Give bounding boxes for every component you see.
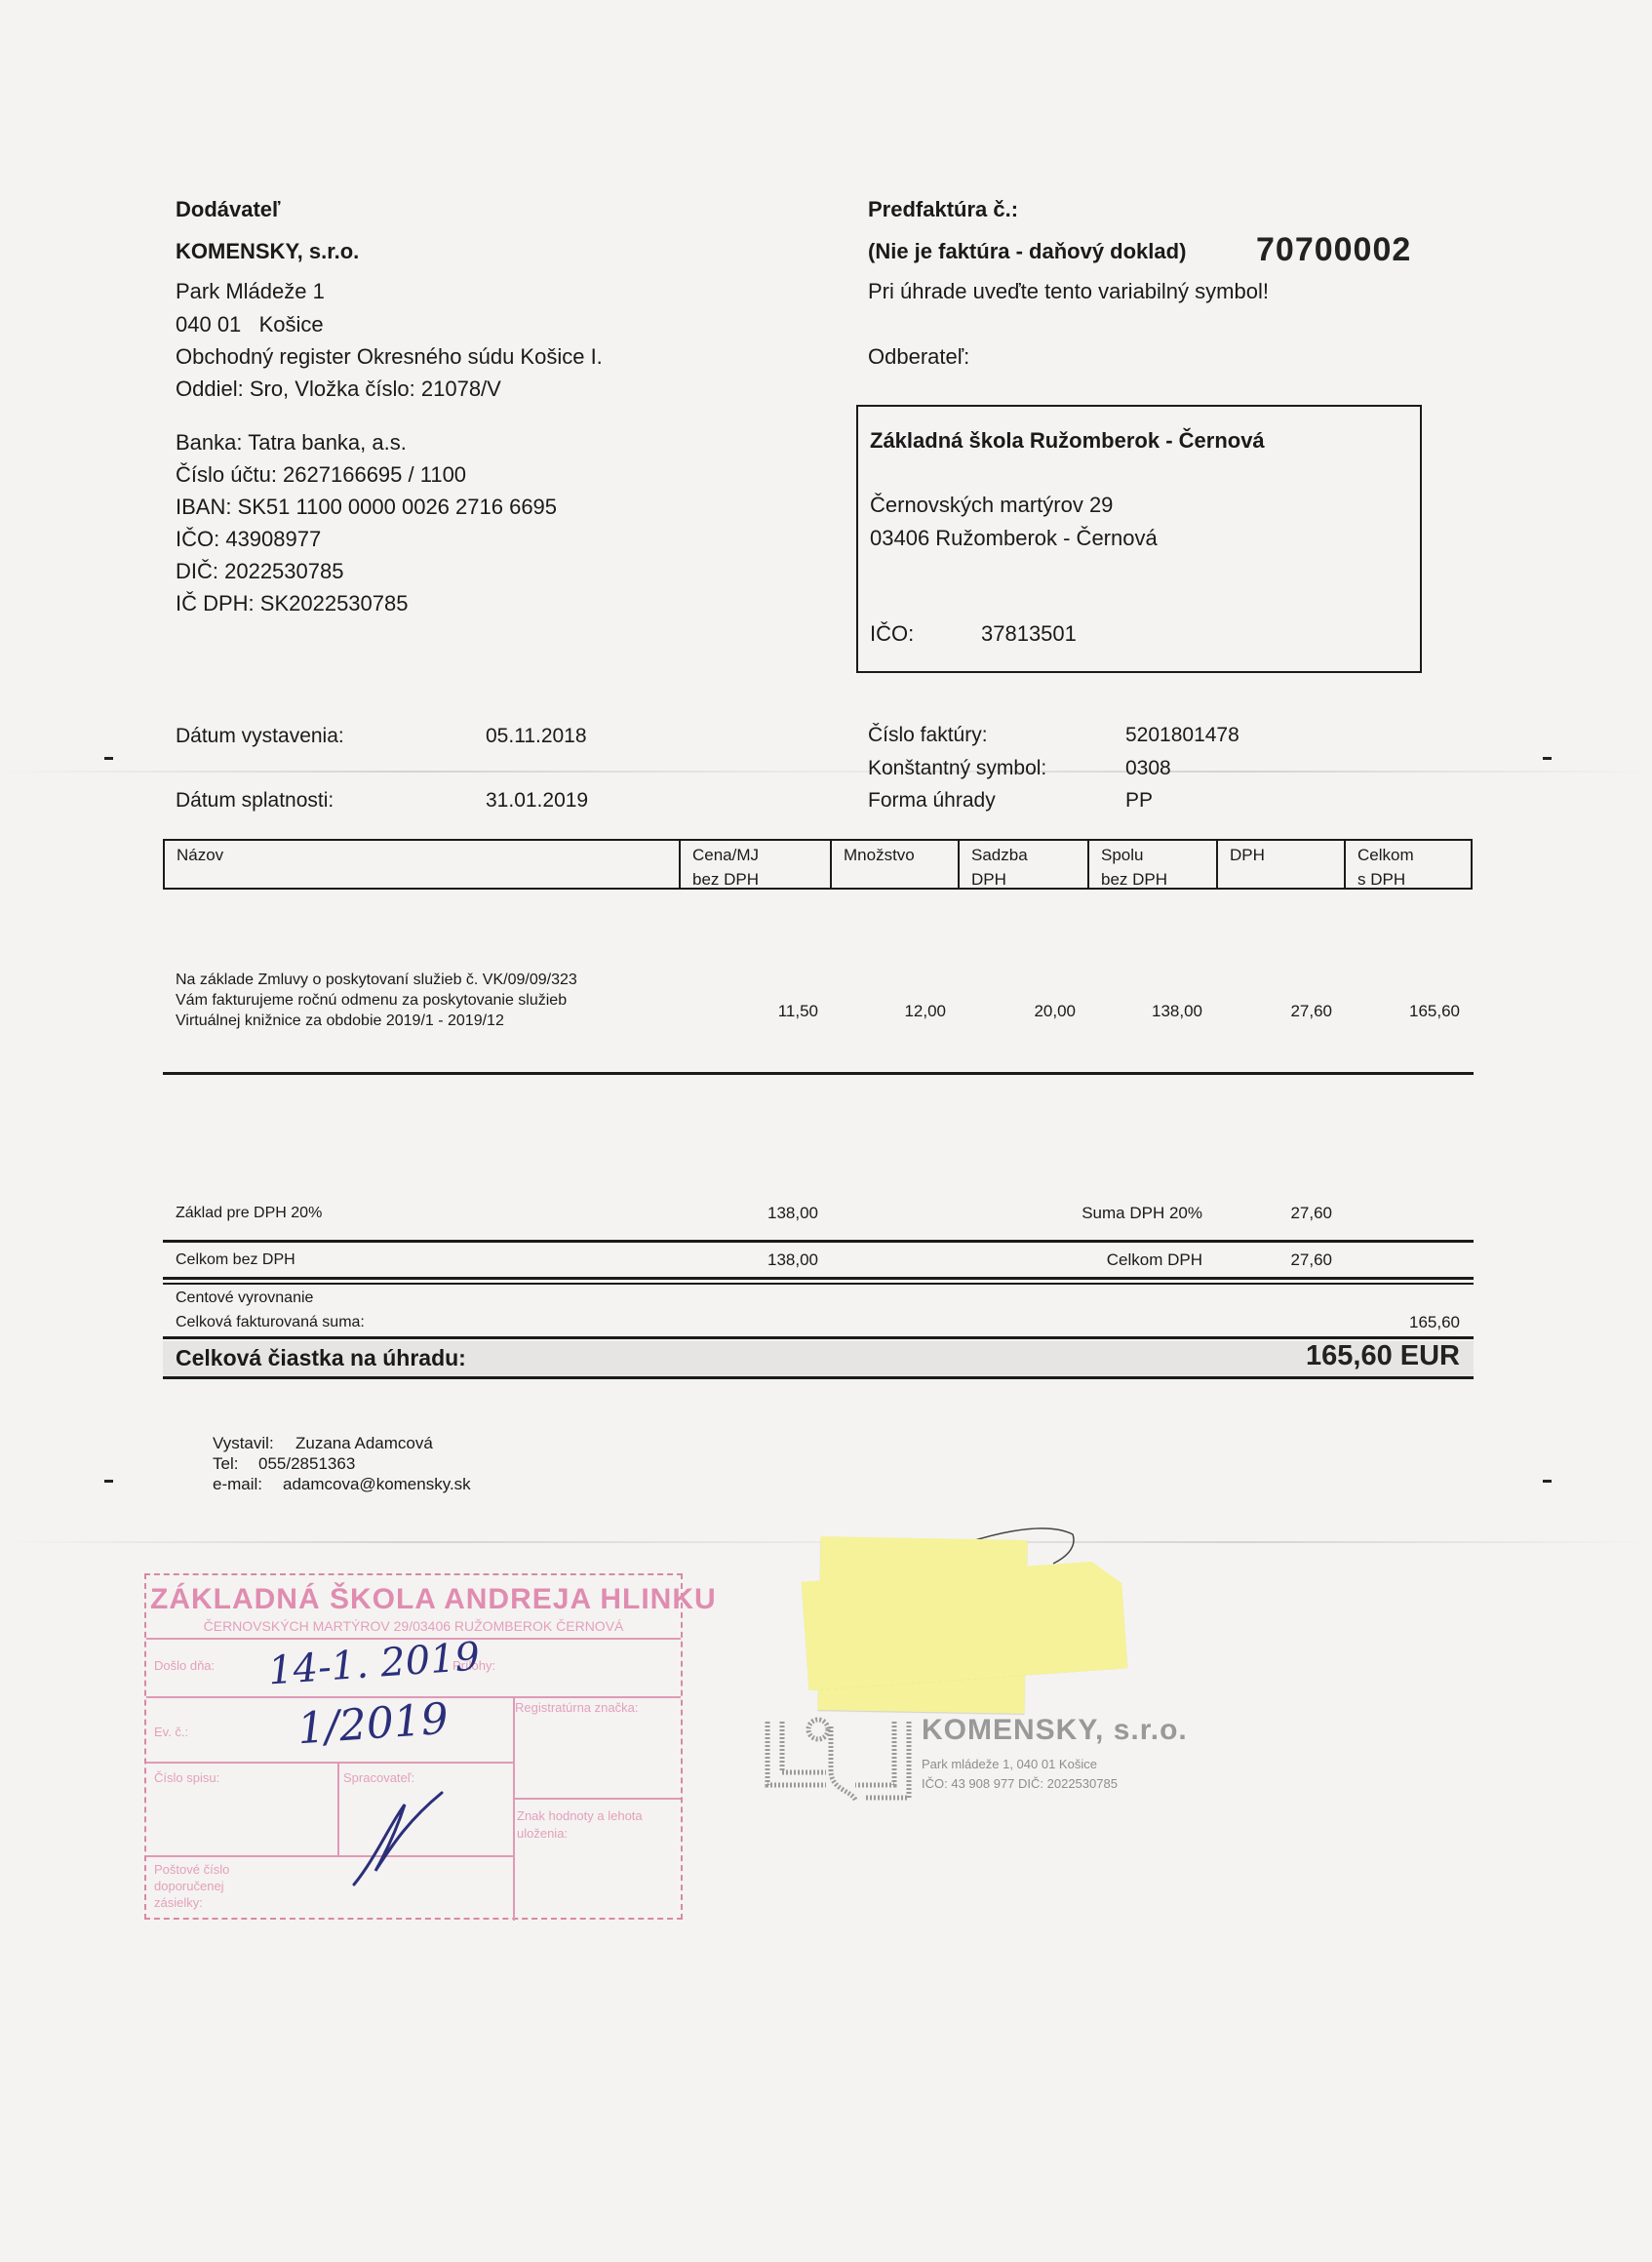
supplier-name: KOMENSKY, s.r.o. [176, 239, 359, 264]
vat-base-label: Základ pre DPH 20% [176, 1204, 322, 1222]
payment-form-label: Forma úhrady [868, 788, 996, 813]
company-stamp-name: KOMENSKY, s.r.o. [922, 1714, 1188, 1747]
total-payable-value: 165,60 EUR [1306, 1339, 1460, 1372]
stamp-retention-label: Znak hodnoty a lehota uloženia: [517, 1807, 673, 1843]
item-description-line: Virtuálnej knižnice za obdobie 2019/1 - … [176, 1012, 504, 1030]
stamp-received-label: Došlo dňa: [154, 1658, 215, 1673]
supplier-iban: IBAN: SK51 1100 0000 0026 2716 6695 [176, 495, 557, 520]
payment-form-value: PP [1125, 788, 1153, 813]
items-table-header: Názov Cena/MJbez DPH Množstvo SadzbaDPH … [163, 839, 1473, 890]
total-vat-label: Celkom DPH [1107, 1250, 1202, 1270]
customer-box: Základná škola Ružomberok - Černová Čern… [856, 405, 1422, 673]
stamp-title: ZÁKLADNÁ ŠKOLA ANDREJA HLINKU [150, 1583, 677, 1616]
summary-rule [163, 1240, 1474, 1243]
supplier-account: Číslo účtu: 2627166695 / 1100 [176, 462, 466, 488]
stamp-mail-label: Poštové číslo [154, 1862, 229, 1877]
item-description-line: Vám fakturujeme ročnú odmenu za poskytov… [176, 991, 567, 1010]
col-unit-price: Cena/MJbez DPH [679, 841, 830, 888]
item-unit-price: 11,50 [778, 1002, 818, 1021]
issued-by-label: Vystavil: [213, 1434, 274, 1453]
vat-sum-label: Suma DPH 20% [1082, 1204, 1202, 1223]
item-vat-rate: 20,00 [1034, 1002, 1076, 1021]
company-logo-icon [758, 1712, 919, 1805]
customer-heading: Odberateľ: [868, 344, 969, 370]
tel-label: Tel: [213, 1454, 238, 1474]
company-stamp: KOMENSKY, s.r.o. Park mládeže 1, 040 01 … [758, 1712, 1148, 1819]
fold-mark [104, 1480, 113, 1483]
supplier-bank: Banka: Tatra banka, a.s. [176, 430, 407, 456]
invoice-number-label: Číslo faktúry: [868, 723, 988, 747]
customer-street: Černovských martýrov 29 [870, 493, 1113, 518]
email-label: e-mail: [213, 1475, 262, 1494]
email-value: adamcova@komensky.sk [283, 1475, 471, 1494]
paper-fold [0, 771, 1652, 773]
issue-date-value: 05.11.2018 [486, 724, 587, 748]
supplier-city: 040 01 Košice [176, 312, 324, 337]
fold-mark [1543, 1480, 1552, 1483]
stamp-mail-label: zásielky: [154, 1895, 203, 1910]
summary-double-rule [163, 1283, 1474, 1285]
proforma-heading: Predfaktúra č.: [868, 197, 1018, 222]
item-description-line: Na základe Zmluvy o poskytovaní služieb … [176, 971, 577, 989]
issue-date-label: Dátum vystavenia: [176, 724, 344, 748]
col-vat-rate: SadzbaDPH [958, 841, 1087, 888]
item-vat: 27,60 [1290, 1002, 1332, 1021]
col-vat: DPH [1216, 841, 1344, 888]
signature-icon [346, 1785, 453, 1892]
due-date-value: 31.01.2019 [486, 788, 588, 813]
fold-mark [1543, 757, 1552, 760]
stamp-subtitle: ČERNOVSKÝCH MARTÝROV 29/03406 RUŽOMBEROK… [150, 1618, 677, 1634]
invoiced-sum-value: 165,60 [1409, 1313, 1460, 1332]
supplier-ico: IČO: 43908977 [176, 527, 321, 552]
stamp-registry-label: Registratúrna značka: [515, 1700, 638, 1715]
customer-ico-label: IČO: [870, 621, 914, 647]
summary-double-rule [163, 1277, 1474, 1280]
vat-base-value: 138,00 [767, 1204, 818, 1223]
customer-ico-value: 37813501 [981, 621, 1077, 647]
col-name: Názov [165, 841, 679, 888]
supplier-street: Park Mládeže 1 [176, 279, 325, 304]
proforma-note: (Nie je faktúra - daňový doklad) [868, 239, 1186, 264]
invoiced-sum-label: Celková fakturovaná suma: [176, 1313, 365, 1331]
col-total-incl-vat: Celkoms DPH [1344, 841, 1471, 888]
summary-rule [163, 1376, 1474, 1379]
customer-city: 03406 Ružomberok - Černová [870, 526, 1158, 551]
issued-by-value: Zuzana Adamcová [295, 1434, 433, 1453]
item-quantity: 12,00 [904, 1002, 946, 1021]
vat-sum-value: 27,60 [1290, 1204, 1332, 1223]
fold-mark [104, 757, 113, 760]
stamp-file-label: Číslo spisu: [154, 1770, 219, 1785]
payment-instruction: Pri úhrade uveďte tento variabilný symbo… [868, 279, 1269, 304]
table-bottom-rule [163, 1072, 1474, 1075]
customer-name: Základná škola Ružomberok - Černová [870, 428, 1265, 454]
item-total-excl-vat: 138,00 [1152, 1002, 1202, 1021]
company-stamp-ids: IČO: 43 908 977 DIČ: 2022530785 [922, 1776, 1118, 1791]
variable-symbol: 70700002 [1256, 230, 1411, 269]
summary-rule [163, 1336, 1474, 1339]
total-excl-vat-label: Celkom bez DPH [176, 1250, 295, 1269]
tel-value: 055/2851363 [258, 1454, 355, 1474]
rounding-label: Centové vyrovnanie [176, 1289, 313, 1307]
item-total-incl-vat: 165,60 [1409, 1002, 1460, 1021]
col-quantity: Množstvo [830, 841, 958, 888]
supplier-dic: DIČ: 2022530785 [176, 559, 343, 584]
handwritten-reg-number: 1/2019 [295, 1694, 450, 1755]
constant-symbol-value: 0308 [1125, 756, 1171, 780]
supplier-ic-dph: IČ DPH: SK2022530785 [176, 591, 409, 616]
sticky-note [801, 1560, 1127, 1691]
stamp-reg-label: Ev. č.: [154, 1725, 188, 1739]
constant-symbol-label: Konštantný symbol: [868, 756, 1046, 780]
total-vat-value: 27,60 [1290, 1250, 1332, 1270]
supplier-section: Oddiel: Sro, Vložka číslo: 21078/V [176, 377, 501, 402]
col-total-excl-vat: Spolubez DPH [1087, 841, 1216, 888]
invoice-number-value: 5201801478 [1125, 723, 1239, 747]
supplier-register: Obchodný register Okresného súdu Košice … [176, 344, 603, 370]
company-stamp-address: Park mládeže 1, 040 01 Košice [922, 1757, 1097, 1771]
total-excl-vat-value: 138,00 [767, 1250, 818, 1270]
due-date-label: Dátum splatnosti: [176, 788, 334, 813]
supplier-heading: Dodávateľ [176, 197, 281, 222]
stamp-mail-label: doporučenej [154, 1879, 224, 1893]
total-payable-label: Celková čiastka na úhradu: [176, 1344, 466, 1371]
stamp-handler-label: Spracovateľ: [343, 1770, 414, 1785]
